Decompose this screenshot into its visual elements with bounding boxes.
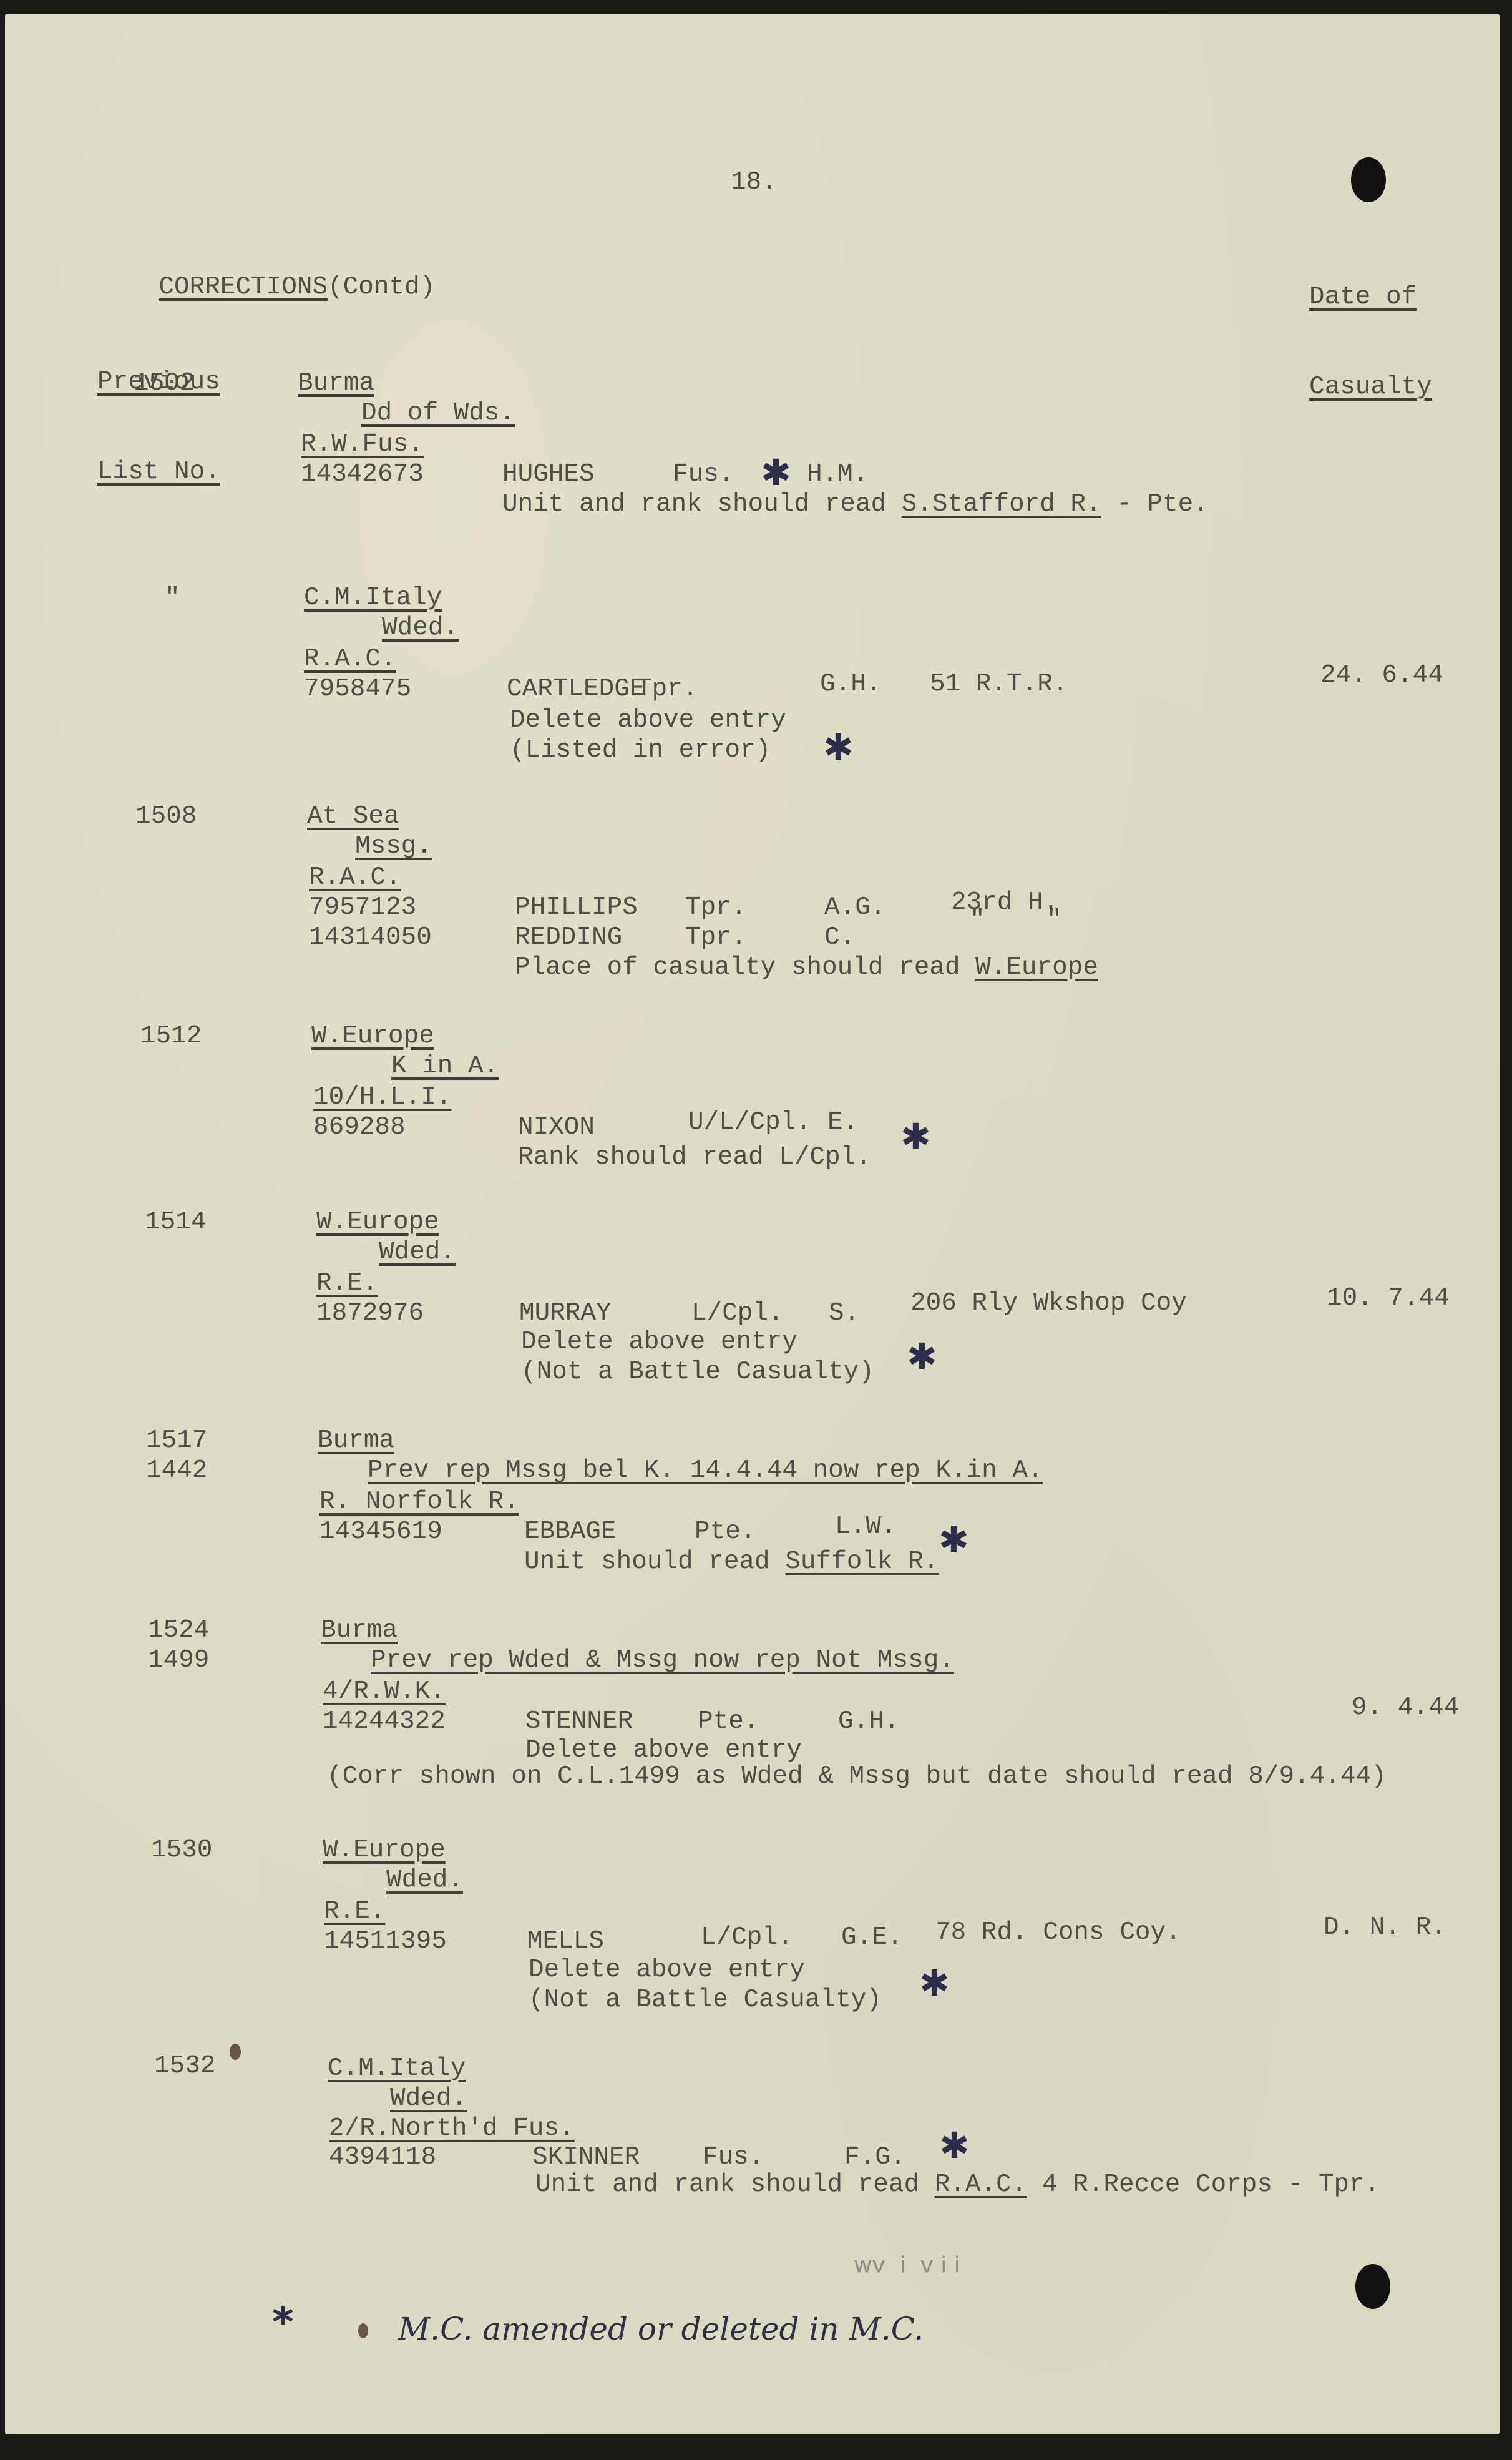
service-number: 14244322	[323, 1707, 446, 1737]
theatre: W.Europe	[316, 1207, 439, 1237]
unit: R.E.	[324, 1896, 385, 1926]
rank: Fus.	[673, 459, 734, 489]
list-number-secondary: 1499	[148, 1645, 209, 1675]
asterisk-pen-mark-icon: ✱	[939, 2127, 970, 2164]
unit-detail: 78 Rd. Cons Coy.	[935, 1918, 1181, 1948]
service-number: 4394118	[329, 2142, 436, 2172]
rank: Tpr.	[637, 674, 698, 704]
asterisk-pen-mark-icon: ✱	[907, 1338, 937, 1375]
service-number: 14342673	[301, 459, 424, 489]
date-column-header: Date of Casualty	[1309, 222, 1432, 462]
list-number: 1514	[145, 1207, 206, 1237]
service-number: 7957123	[309, 893, 416, 923]
initials: L.W.	[835, 1512, 896, 1542]
asterisk-pen-mark-icon: ✱	[761, 454, 791, 491]
correction-note-line2: (Corr shown on C.L.1499 as Wded & Mssg b…	[327, 1762, 1387, 1791]
rank: L/Cpl.	[691, 1298, 784, 1328]
unit: 2/R.North'd Fus.	[329, 2114, 575, 2144]
correction-note-line2: (Listed in error)	[510, 735, 771, 765]
service-number: 14345619	[319, 1517, 442, 1547]
rank: Tpr.	[685, 893, 746, 923]
punch-hole-top	[1351, 157, 1386, 202]
document-page: 18. CORRECTIONS(Contd) Date of Casualty …	[5, 14, 1500, 2434]
correction-note-line1: Delete above entry	[521, 1327, 797, 1357]
rank: L/Cpl.	[701, 1923, 793, 1953]
unit: R. Norfolk R.	[319, 1487, 519, 1517]
list-number: 1512	[140, 1021, 202, 1051]
date-of-casualty: 10. 7.44	[1327, 1283, 1450, 1313]
list-number-secondary: 1442	[146, 1456, 207, 1486]
correction-note: Place of casualty should read W.Europe	[515, 953, 1098, 983]
casualty-status: Wded.	[382, 613, 459, 643]
surname: NIXON	[518, 1112, 595, 1142]
theatre: At Sea	[307, 801, 399, 831]
surname: MURRAY	[519, 1298, 612, 1328]
unit: R.A.C.	[309, 863, 401, 893]
rank: Fus.	[703, 2142, 764, 2172]
list-number: 1532	[154, 2051, 215, 2081]
casualty-status: Wded.	[390, 2084, 467, 2114]
initials: G.H.	[838, 1707, 899, 1737]
casualty-status: Prev rep Wded & Mssg now rep Not Mssg.	[371, 1645, 954, 1675]
ink-dot	[358, 2323, 368, 2338]
initials: G.E.	[841, 1923, 902, 1953]
surname: MELLS	[527, 1926, 604, 1956]
list-number-ditto: "	[165, 583, 180, 613]
correction-note-line1: Delete above entry	[529, 1955, 805, 1985]
initials: G.H.	[820, 669, 881, 699]
unit: R.A.C.	[304, 644, 396, 674]
surname: SKINNER	[532, 2142, 640, 2172]
list-number: 1517	[146, 1426, 207, 1456]
list-number: 1530	[151, 1835, 212, 1865]
surname: PHILLIPS	[515, 893, 638, 923]
service-number: 7958475	[304, 674, 411, 704]
asterisk-pen-mark-icon: ✱	[900, 1119, 931, 1155]
list-number: 1508	[135, 801, 197, 831]
surname: REDDING	[515, 923, 622, 953]
casualty-status: Wded.	[386, 1865, 463, 1895]
rank: Tpr.	[685, 923, 746, 953]
correction-note-line2: (Not a Battle Casualty)	[529, 1985, 882, 2015]
theatre: Burma	[321, 1615, 398, 1645]
rank: Pte.	[695, 1517, 756, 1547]
list-number: 1502	[134, 368, 195, 398]
theatre: C.M.Italy	[304, 583, 442, 613]
correction-note: Unit and rank should read S.Stafford R. …	[502, 489, 1209, 519]
unit: 4/R.W.K.	[323, 1677, 446, 1707]
asterisk-pen-mark-icon: ✱	[919, 1965, 950, 2001]
unit-detail: 51 R.T.R.	[930, 669, 1068, 699]
initials: S.	[829, 1298, 859, 1328]
rank: U/L/Cpl.	[688, 1107, 811, 1137]
correction-note: Rank should read L/Cpl.	[518, 1142, 871, 1172]
asterisk-pen-mark-icon: ✱	[823, 729, 854, 765]
correction-note-line2: (Not a Battle Casualty)	[521, 1357, 874, 1387]
service-number: 869288	[313, 1112, 406, 1142]
initials: C.	[824, 923, 855, 953]
correction-note: Unit and rank should read R.A.C. 4 R.Rec…	[535, 2170, 1380, 2200]
surname: CARTLEDGE	[507, 674, 645, 704]
casualty-status: Prev rep Mssg bel K. 14.4.44 now rep K.i…	[368, 1456, 1043, 1486]
unit-detail-ditto: " "	[970, 905, 1062, 935]
surname: STENNER	[525, 1707, 633, 1737]
previous-list-header: Previous List No.	[97, 307, 220, 547]
surname: HUGHES	[502, 459, 595, 489]
casualty-status: Dd of Wds.	[361, 398, 515, 428]
casualty-status: Wded.	[379, 1237, 456, 1267]
rank: Pte.	[698, 1707, 759, 1737]
list-number: 1524	[148, 1615, 209, 1645]
unit: R.W.Fus.	[301, 429, 424, 459]
unit-detail: 206 Rly Wkshop Coy	[910, 1288, 1187, 1318]
service-number: 1872976	[316, 1298, 424, 1328]
ink-stain	[230, 2044, 241, 2060]
casualty-status: K in A.	[391, 1051, 499, 1081]
punch-hole-bottom	[1355, 2264, 1390, 2309]
theatre: C.M.Italy	[328, 2054, 466, 2084]
correction-note: Unit should read Suffolk R.	[524, 1547, 939, 1577]
theatre: Burma	[318, 1426, 394, 1456]
theatre: W.Europe	[323, 1835, 446, 1865]
theatre: Burma	[298, 368, 374, 398]
service-number: 14314050	[309, 923, 432, 953]
date-of-casualty: 24. 6.44	[1320, 660, 1443, 690]
asterisk-footnote-icon: *	[272, 2305, 294, 2341]
correction-note-line1: Delete above entry	[510, 705, 786, 735]
initials: E.	[827, 1107, 858, 1137]
asterisk-pen-mark-icon: ✱	[939, 1522, 969, 1558]
pencil-mark: ᴉ ᴉ ʌ ᴉ ʌʍ	[854, 2255, 960, 2280]
correction-note-line1: Delete above entry	[525, 1735, 802, 1765]
section-title-suffix: (Contd)	[328, 273, 435, 301]
surname: EBBAGE	[524, 1517, 617, 1547]
theatre: W.Europe	[311, 1021, 434, 1051]
date-of-casualty: 9. 4.44	[1352, 1693, 1459, 1723]
initials: A.G.	[824, 893, 885, 923]
service-number: 14511395	[324, 1926, 447, 1956]
unit: R.E.	[316, 1268, 378, 1298]
initials: H.M.	[807, 459, 868, 489]
initials: F.G.	[844, 2142, 905, 2172]
unit: 10/H.L.I.	[313, 1082, 451, 1112]
casualty-status: Mssg.	[355, 831, 432, 861]
section-title-main: CORRECTIONS	[159, 273, 328, 301]
footnote-text: M.C. amended or deleted in M.C.	[398, 2311, 924, 2347]
page-number: 18.	[731, 167, 777, 197]
date-of-casualty: D. N. R.	[1324, 1913, 1446, 1943]
